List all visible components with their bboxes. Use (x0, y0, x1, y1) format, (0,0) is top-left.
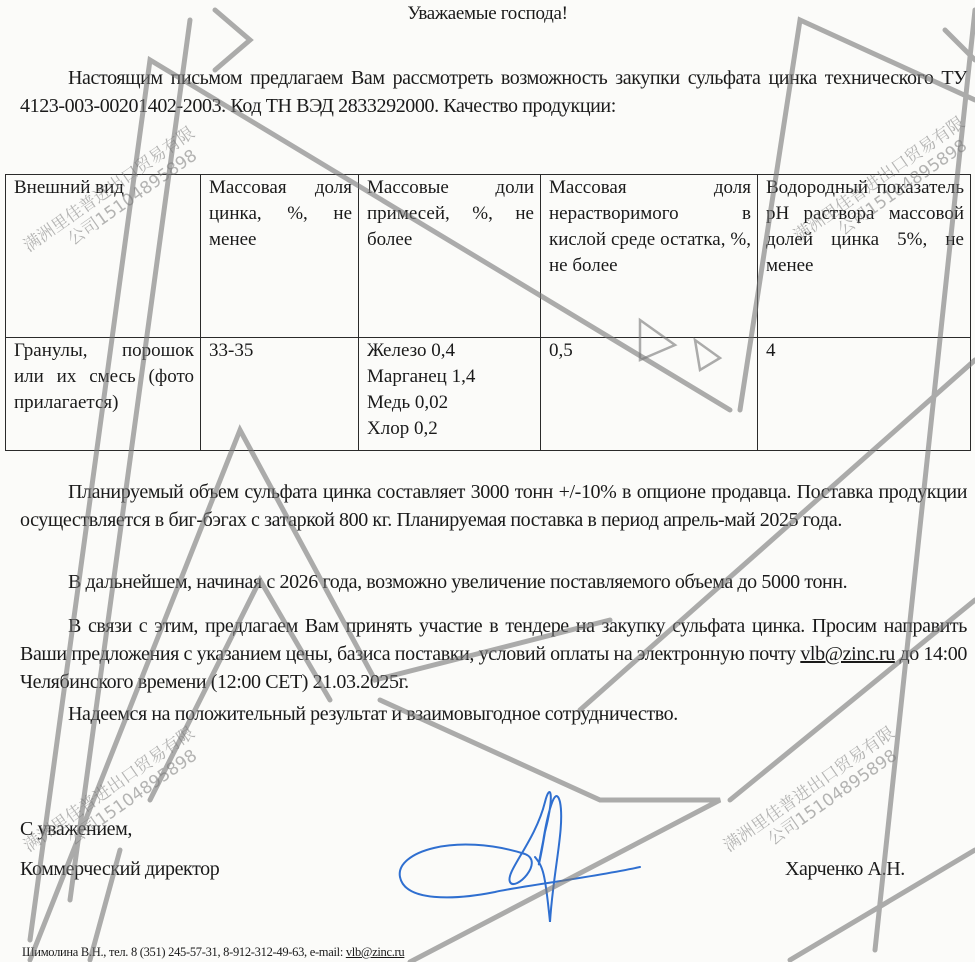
header-zinc-share: Массовая доля цинка, %, не менее (201, 175, 359, 338)
header-ph: Водородный показатель pH раствора массов… (758, 175, 971, 338)
future-paragraph: В дальнейшем, начиная с 2026 года, возмо… (20, 568, 967, 596)
tender-paragraph: В связи с этим, предлагаем Вам принять у… (20, 612, 967, 696)
greeting: Уважаемые господа! (0, 3, 975, 25)
closing-paragraph: Надеемся на положительный результат и вз… (20, 700, 967, 728)
intro-text: Настоящим письмом предлагаем Вам рассмот… (20, 67, 967, 117)
letter-page: Уважаемые господа! Настоящим письмом пре… (0, 0, 975, 962)
signer-position: Коммерческий директор (20, 858, 219, 881)
future-text: В дальнейшем, начиная с 2026 года, возмо… (68, 571, 847, 593)
impurity-copper: Медь 0,02 (367, 390, 534, 416)
closing-text: Надеемся на положительный результат и вз… (68, 703, 678, 725)
table-row: Гранулы, порошок или их смесь (фото прил… (6, 338, 971, 451)
watermark-text: 满洲里佳普进出口贸易有限公司15104895898 (20, 723, 210, 873)
header-appearance: Внешний вид (6, 175, 201, 338)
cell-appearance: Гранулы, порошок или их смесь (фото прил… (6, 338, 201, 451)
cell-insoluble-residue: 0,5 (541, 338, 758, 451)
header-insoluble-residue: Массовая доля нерастворимого в кислой ср… (541, 175, 758, 338)
impurity-manganese: Марганец 1,4 (367, 364, 534, 390)
footer-contact: Шимолина В.Н., тел. 8 (351) 245-57-31, 8… (22, 945, 404, 960)
header-impurities: Массовые доли примесей, %, не более (359, 175, 541, 338)
tender-email-link[interactable]: vlb@zinc.ru (800, 643, 895, 665)
volume-paragraph: Планируемый объем сульфата цинка составл… (20, 478, 967, 534)
signature-icon (395, 782, 655, 922)
watermark-text: 满洲里佳普进出口贸易有限公司15104895898 (720, 723, 910, 873)
cell-impurities: Железо 0,4 Марганец 1,4 Медь 0,02 Хлор 0… (359, 338, 541, 451)
impurity-iron: Железо 0,4 (367, 338, 534, 364)
cell-ph: 4 (758, 338, 971, 451)
signer-name: Харченко А.Н. (785, 858, 905, 881)
quality-spec-table: Внешний вид Массовая доля цинка, %, не м… (5, 174, 971, 451)
footer-email-link[interactable]: vlb@zinc.ru (346, 945, 405, 959)
intro-paragraph: Настоящим письмом предлагаем Вам рассмот… (20, 64, 967, 120)
impurity-chlorine: Хлор 0,2 (367, 416, 534, 442)
regards: С уважением, (20, 818, 132, 841)
cell-zinc-share: 33-35 (201, 338, 359, 451)
footer-contact-text: Шимолина В.Н., тел. 8 (351) 245-57-31, 8… (22, 945, 346, 959)
table-header-row: Внешний вид Массовая доля цинка, %, не м… (6, 175, 971, 338)
volume-text: Планируемый объем сульфата цинка составл… (20, 481, 967, 531)
